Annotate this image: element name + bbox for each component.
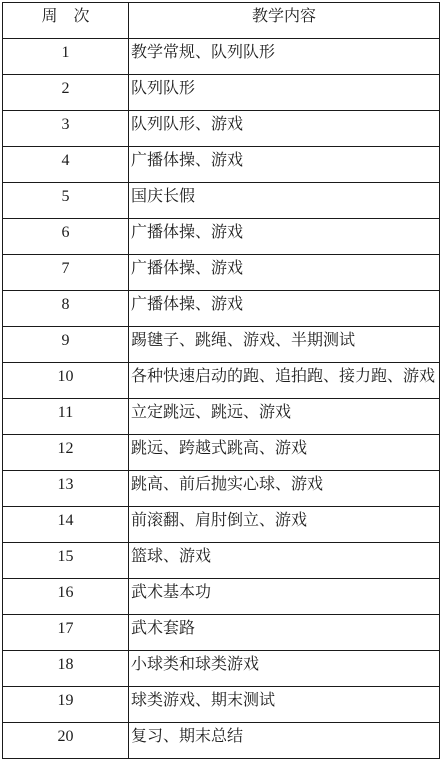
table-row: 12 跳远、跨越式跳高、游戏 bbox=[3, 435, 440, 471]
week-cell: 6 bbox=[3, 219, 129, 255]
content-cell: 小球类和球类游戏 bbox=[129, 651, 440, 687]
week-cell: 5 bbox=[3, 183, 129, 219]
week-cell: 20 bbox=[3, 723, 129, 759]
content-cell: 武术套路 bbox=[129, 615, 440, 651]
table-row: 13 跳高、前后抛实心球、游戏 bbox=[3, 471, 440, 507]
week-cell: 13 bbox=[3, 471, 129, 507]
week-cell: 16 bbox=[3, 579, 129, 615]
content-cell: 跳远、跨越式跳高、游戏 bbox=[129, 435, 440, 471]
table-row: 16 武术基本功 bbox=[3, 579, 440, 615]
table-row: 17 武术套路 bbox=[3, 615, 440, 651]
content-cell: 广播体操、游戏 bbox=[129, 255, 440, 291]
table-row: 4 广播体操、游戏 bbox=[3, 147, 440, 183]
table-row: 11 立定跳远、跳远、游戏 bbox=[3, 399, 440, 435]
content-cell: 复习、期末总结 bbox=[129, 723, 440, 759]
content-cell: 国庆长假 bbox=[129, 183, 440, 219]
content-cell: 广播体操、游戏 bbox=[129, 219, 440, 255]
table-row: 2 队列队形 bbox=[3, 75, 440, 111]
table-row: 14 前滚翻、肩肘倒立、游戏 bbox=[3, 507, 440, 543]
week-cell: 8 bbox=[3, 291, 129, 327]
week-cell: 12 bbox=[3, 435, 129, 471]
content-cell: 队列队形、游戏 bbox=[129, 111, 440, 147]
table-row: 20 复习、期末总结 bbox=[3, 723, 440, 759]
table-row: 19 球类游戏、期末测试 bbox=[3, 687, 440, 723]
scanned-document-page: 周 次 教学内容 1 教学常规、队列队形 2 队列队形 3 队列队形、游戏 4 … bbox=[0, 0, 442, 762]
header-row: 周 次 教学内容 bbox=[3, 3, 440, 39]
week-cell: 18 bbox=[3, 651, 129, 687]
table-row: 6 广播体操、游戏 bbox=[3, 219, 440, 255]
header-content: 教学内容 bbox=[129, 3, 440, 39]
content-cell: 前滚翻、肩肘倒立、游戏 bbox=[129, 507, 440, 543]
table-row: 3 队列队形、游戏 bbox=[3, 111, 440, 147]
header-week: 周 次 bbox=[3, 3, 129, 39]
content-cell: 广播体操、游戏 bbox=[129, 291, 440, 327]
table-row: 8 广播体操、游戏 bbox=[3, 291, 440, 327]
week-cell: 1 bbox=[3, 39, 129, 75]
week-cell: 9 bbox=[3, 327, 129, 363]
table-row: 1 教学常规、队列队形 bbox=[3, 39, 440, 75]
table-row: 5 国庆长假 bbox=[3, 183, 440, 219]
week-cell: 3 bbox=[3, 111, 129, 147]
table-row: 9 踢毽子、跳绳、游戏、半期测试 bbox=[3, 327, 440, 363]
content-cell: 广播体操、游戏 bbox=[129, 147, 440, 183]
content-cell: 跳高、前后抛实心球、游戏 bbox=[129, 471, 440, 507]
week-cell: 17 bbox=[3, 615, 129, 651]
content-cell: 教学常规、队列队形 bbox=[129, 39, 440, 75]
content-cell: 篮球、游戏 bbox=[129, 543, 440, 579]
week-cell: 4 bbox=[3, 147, 129, 183]
table-row: 10 各种快速启动的跑、追拍跑、接力跑、游戏 bbox=[3, 363, 440, 399]
content-cell: 球类游戏、期末测试 bbox=[129, 687, 440, 723]
table-row: 18 小球类和球类游戏 bbox=[3, 651, 440, 687]
week-cell: 19 bbox=[3, 687, 129, 723]
week-cell: 2 bbox=[3, 75, 129, 111]
content-cell: 武术基本功 bbox=[129, 579, 440, 615]
week-cell: 10 bbox=[3, 363, 129, 399]
content-cell: 各种快速启动的跑、追拍跑、接力跑、游戏 bbox=[129, 363, 440, 399]
table-row: 15 篮球、游戏 bbox=[3, 543, 440, 579]
content-cell: 踢毽子、跳绳、游戏、半期测试 bbox=[129, 327, 440, 363]
content-cell: 队列队形 bbox=[129, 75, 440, 111]
week-cell: 11 bbox=[3, 399, 129, 435]
week-cell: 14 bbox=[3, 507, 129, 543]
table-row: 7 广播体操、游戏 bbox=[3, 255, 440, 291]
week-cell: 15 bbox=[3, 543, 129, 579]
week-cell: 7 bbox=[3, 255, 129, 291]
content-cell: 立定跳远、跳远、游戏 bbox=[129, 399, 440, 435]
teaching-schedule-table: 周 次 教学内容 1 教学常规、队列队形 2 队列队形 3 队列队形、游戏 4 … bbox=[2, 2, 440, 759]
